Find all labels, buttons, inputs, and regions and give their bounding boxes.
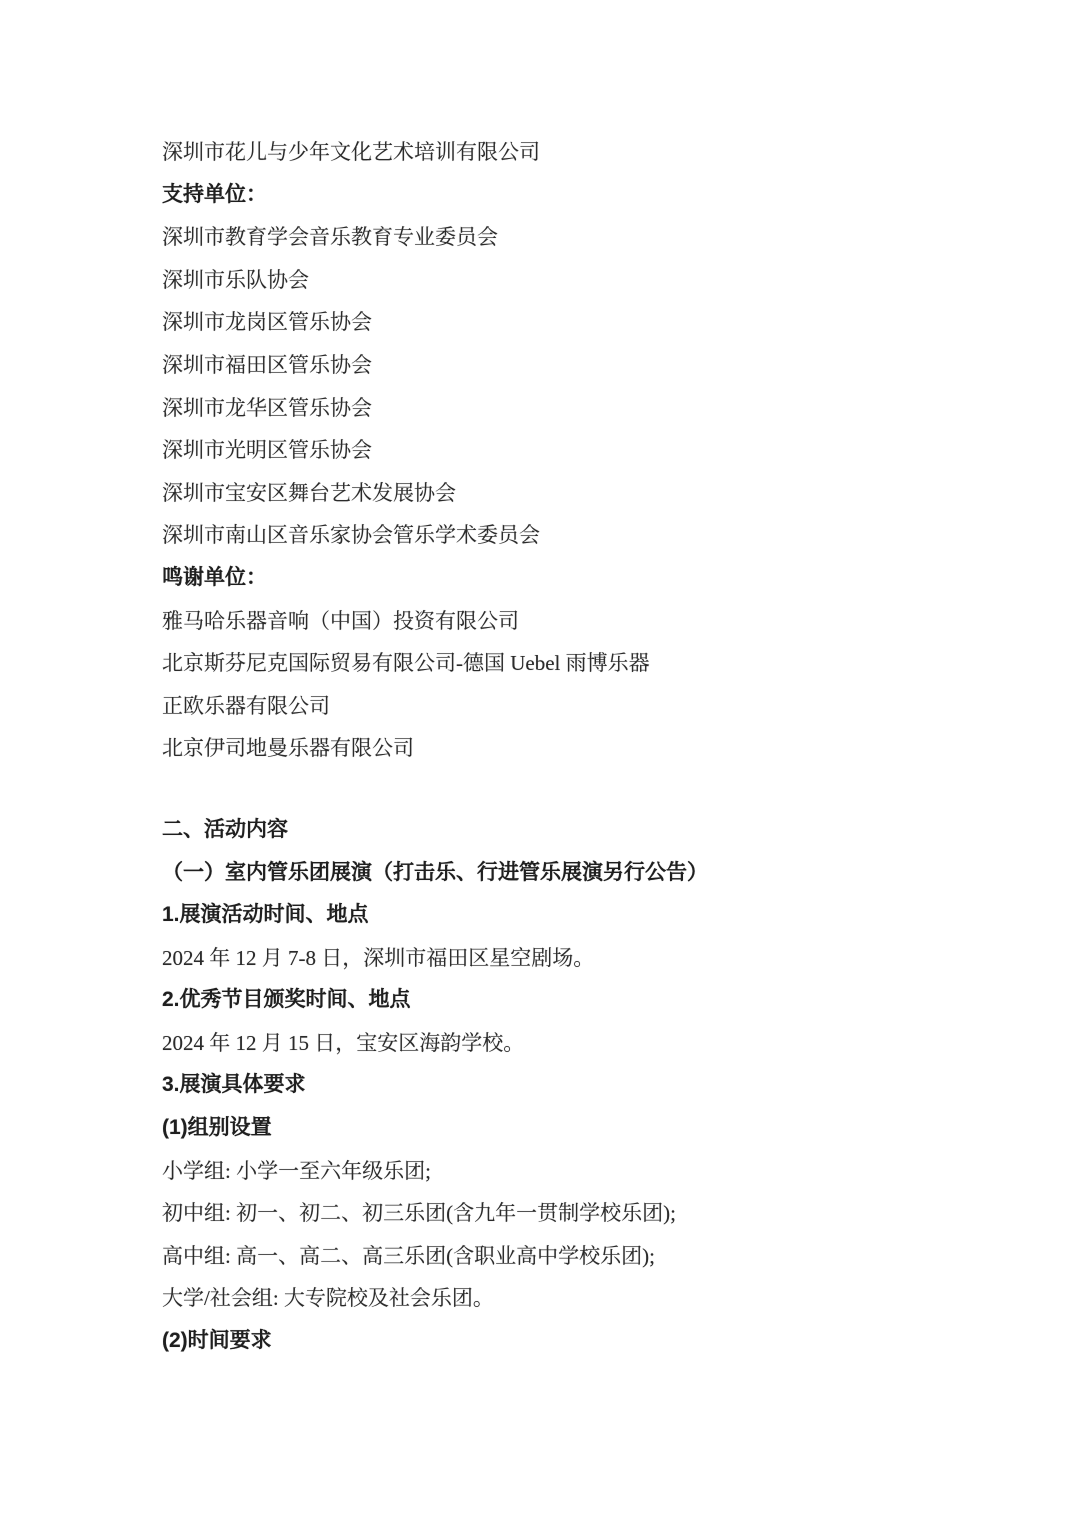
document-paragraph: 3.展演具体要求 [162, 1064, 1020, 1107]
document-paragraph: 正欧乐器有限公司 [162, 685, 1020, 728]
document-paragraph: 深圳市花儿与少年文化艺术培训有限公司 [162, 131, 1020, 174]
document-paragraph: （一）室内管乐团展演（打击乐、行进管乐展演另行公告） [162, 852, 1020, 895]
document-paragraph: 深圳市福田区管乐协会 [162, 344, 1020, 387]
document-paragraph: 二、活动内容 [162, 809, 1020, 852]
document-paragraph: 初中组: 初一、初二、初三乐团(含九年一贯制学校乐团); [162, 1192, 1020, 1235]
document-paragraph: (1)组别设置 [162, 1107, 1020, 1150]
document-paragraph: 大学/社会组: 大专院校及社会乐团。 [162, 1277, 1020, 1320]
document-paragraph: 深圳市龙华区管乐协会 [162, 387, 1020, 430]
document-paragraph: 深圳市宝安区舞台艺术发展协会 [162, 472, 1020, 515]
document-paragraph: (2)时间要求 [162, 1320, 1020, 1363]
document-paragraph: 小学组: 小学一至六年级乐团; [162, 1150, 1020, 1193]
document-paragraph: 深圳市南山区音乐家协会管乐学术委员会 [162, 514, 1020, 557]
document-paragraph: 2024 年 12 月 15 日，宝安区海韵学校。 [162, 1022, 1020, 1065]
document-paragraph: 北京斯芬尼克国际贸易有限公司-德国 Uebel 雨博乐器 [162, 642, 1020, 685]
document-paragraph: 深圳市教育学会音乐教育专业委员会 [162, 216, 1020, 259]
document-paragraph: 1.展演活动时间、地点 [162, 894, 1020, 937]
document-paragraph: 2.优秀节目颁奖时间、地点 [162, 979, 1020, 1022]
document-paragraph: 雅马哈乐器音响（中国）投资有限公司 [162, 600, 1020, 643]
document-paragraph: 鸣谢单位： [162, 557, 1020, 600]
document-content: 深圳市花儿与少年文化艺术培训有限公司 支持单位： 深圳市教育学会音乐教育专业委员… [0, 0, 1080, 1363]
document-page: 深圳市花儿与少年文化艺术培训有限公司 支持单位： 深圳市教育学会音乐教育专业委员… [0, 0, 1080, 1527]
document-paragraph: 深圳市乐队协会 [162, 259, 1020, 302]
document-paragraph: 2024 年 12 月 7-8 日，深圳市福田区星空剧场。 [162, 937, 1020, 980]
document-paragraph: 深圳市光明区管乐协会 [162, 429, 1020, 472]
document-paragraph: 深圳市龙岗区管乐协会 [162, 301, 1020, 344]
document-paragraph [162, 770, 1020, 809]
document-paragraph: 北京伊司地曼乐器有限公司 [162, 727, 1020, 770]
document-paragraph: 高中组: 高一、高二、高三乐团(含职业高中学校乐团); [162, 1235, 1020, 1278]
document-paragraph: 支持单位： [162, 174, 1020, 217]
